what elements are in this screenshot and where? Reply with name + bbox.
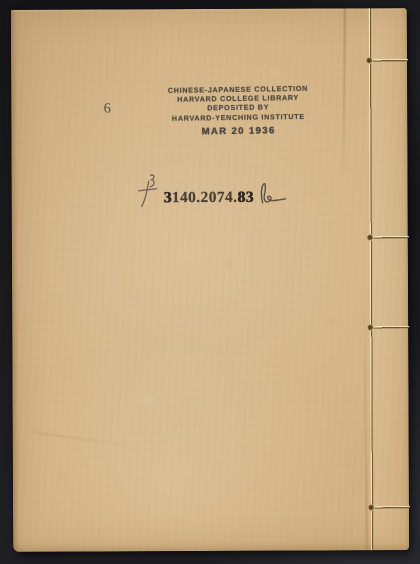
scan-background: 6 CHINESE-JAPANESE COLLECTION HARVARD CO… [0,0,420,564]
paper-crease [33,431,152,449]
book-cover: 6 CHINESE-JAPANESE COLLECTION HARVARD CO… [11,8,409,552]
binding-stitch [370,326,409,329]
binding-stitch [370,236,409,239]
handwritten-page-number: 6 [97,101,117,117]
call-number-text: 3140.2074.83 [164,187,254,209]
call-number-suffix-digits: 83 [237,189,253,206]
handwritten-b-mark-icon [257,181,289,207]
stamp-date: MAR 20 1936 [157,124,319,137]
pencil-squiggle-mark-icon [136,171,162,209]
binding-stitch [371,506,410,509]
call-number: 3140.2074.83 [136,167,289,212]
call-number-main: 140.2074. [172,189,238,206]
library-stamp: CHINESE-JAPANESE COLLECTION HARVARD COLL… [157,84,320,138]
call-number-digit-first: 3 [164,189,172,206]
binding-thread-vertical [369,8,374,550]
paper-crease [363,308,368,550]
paper-crease [343,8,346,173]
binding-stitch [369,59,408,62]
stamp-institute-line: HARVARD-YENCHING INSTITUTE [157,111,319,123]
